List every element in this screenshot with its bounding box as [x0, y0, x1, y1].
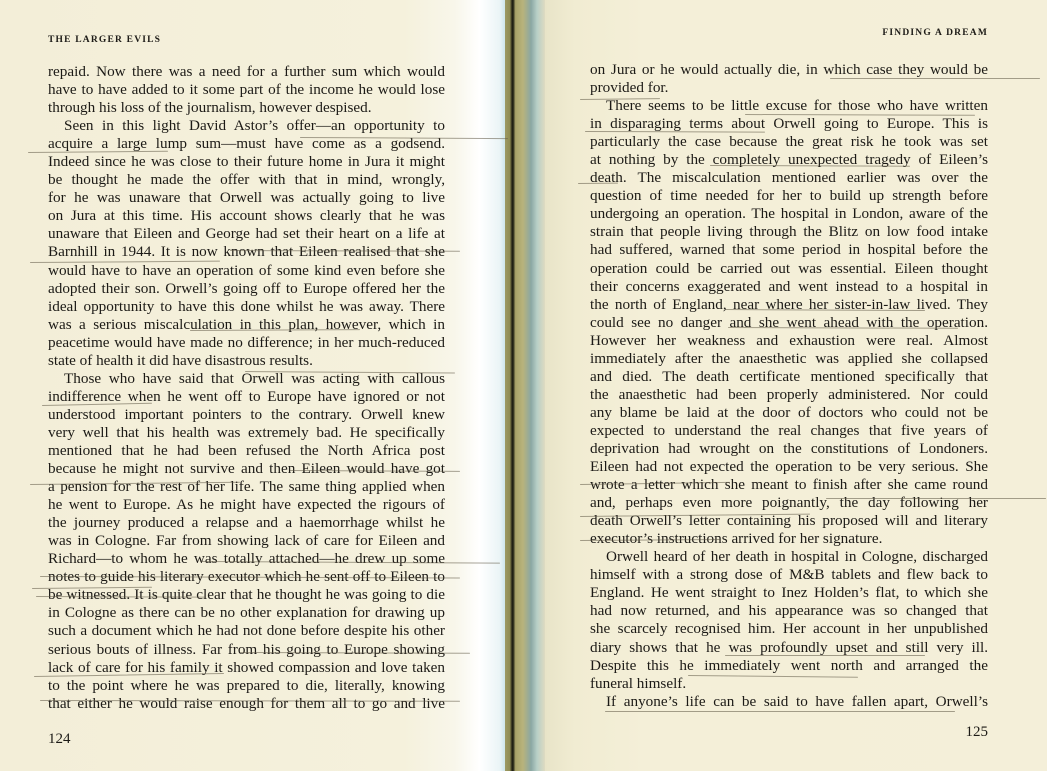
text-line: a pension for the rest of her life. The …	[48, 478, 445, 496]
text-line: repaid. Now there was a need for a furth…	[48, 63, 445, 81]
text-line: funeral himself.	[590, 675, 988, 693]
page-number-left: 124	[48, 731, 71, 748]
text-line: that either he would raise enough for th…	[48, 695, 445, 713]
text-line: on Jura or he would actually die, in whi…	[590, 61, 988, 79]
text-line: and, perhaps even more poignantly, the d…	[590, 494, 988, 512]
text-line: she scarcely recognised him. Her account…	[590, 620, 988, 638]
book-spine-gutter	[505, 0, 545, 771]
pencil-underline-mark	[725, 655, 925, 656]
text-line: expected to understand the real changes …	[590, 422, 988, 440]
pencil-underline-mark	[605, 711, 955, 712]
text-line: to the point where he was prepared to di…	[48, 677, 445, 695]
text-line: himself with a strong dose of M&B tablet…	[590, 566, 988, 584]
text-line: Despite this he immediately went north a…	[590, 657, 988, 675]
text-line: was in Cologne. Far from showing lack of…	[48, 532, 445, 550]
text-line: question of time needed for her to build…	[590, 187, 988, 205]
text-line: Richard—to whom he was totally attached—…	[48, 550, 445, 568]
text-line: on Jura at this time. His account shows …	[48, 207, 445, 225]
text-line: deprivation had wrought on the constitut…	[590, 440, 988, 458]
text-line: ideal opportunity to have this done whil…	[48, 298, 445, 316]
text-line: through his loss of the journalism, howe…	[48, 99, 445, 117]
text-line: unaware that Eileen and George had set t…	[48, 225, 445, 243]
text-line: in Cologne as there can be no other expl…	[48, 604, 445, 622]
text-line: had now returned, and his appearance was…	[590, 602, 988, 620]
text-line: could see no danger and she went ahead w…	[590, 314, 988, 332]
text-line: the anaesthetic had been properly admini…	[590, 386, 988, 404]
page-number-right: 125	[966, 724, 989, 741]
text-line: diary shows that he was profoundly upset…	[590, 639, 988, 657]
text-line: understood important pointers to the con…	[48, 406, 445, 424]
text-line: death. The miscalculation mentioned earl…	[590, 169, 988, 187]
text-line: undergoing an operation. The hospital in…	[590, 205, 988, 223]
text-line: he went to Europe. As he might have expe…	[48, 496, 445, 514]
left-page-body: repaid. Now there was a need for a furth…	[48, 63, 445, 713]
text-line: England. He went straight to Inez Holden…	[590, 584, 988, 602]
text-line: such a document which he had not done be…	[48, 622, 445, 640]
text-line: immediately after the anaesthetic was ap…	[590, 350, 988, 368]
text-line: Eileen had not expected the operation to…	[590, 458, 988, 476]
text-line: Barnhill in 1944. It is now known that E…	[48, 243, 445, 261]
text-line: strain that people living through the Bl…	[590, 223, 988, 241]
text-line: at nothing by the completely unexpected …	[590, 151, 988, 169]
text-line: state of health it did have disastrous r…	[48, 352, 445, 370]
text-line: Seen in this light David Astor’s offer—a…	[48, 117, 445, 135]
text-line: provided for.	[590, 79, 988, 97]
text-line: There seems to be little excuse for thos…	[590, 97, 988, 115]
text-line: the north of England, near where her sis…	[590, 296, 988, 314]
text-line: Orwell heard of her death in hospital in…	[590, 548, 988, 566]
text-line: have to have added to it some part of th…	[48, 81, 445, 99]
text-line: their concerns exaggerated and went inst…	[590, 278, 988, 296]
text-line: Indeed since he was close to their futur…	[48, 153, 445, 171]
pencil-underline-mark	[826, 498, 1046, 499]
text-line: was a serious miscalculation in this pla…	[48, 316, 445, 334]
text-line: particularly the case because the great …	[590, 133, 988, 151]
text-line: However her weakness and exhaustion were…	[590, 332, 988, 350]
running-head-right: FINDING A DREAM	[882, 28, 988, 38]
text-line: for he was unaware that Orwell was actua…	[48, 189, 445, 207]
text-line: serious bouts of illness. Far from his g…	[48, 641, 445, 659]
left-page: THE LARGER EVILS repaid. Now there was a…	[0, 0, 505, 771]
text-line: peacetime would have made no difference;…	[48, 334, 445, 352]
running-head-left: THE LARGER EVILS	[48, 35, 161, 45]
right-page-body: on Jura or he would actually die, in whi…	[590, 61, 988, 711]
text-line: any blame be laid at the door of doctors…	[590, 404, 988, 422]
text-line: If anyone’s life can be said to have fal…	[590, 693, 988, 711]
text-line: operation could be carried out was essen…	[590, 260, 988, 278]
text-line: very well that his health was extremely …	[48, 424, 445, 442]
text-line: adopted their son. Orwell’s going off to…	[48, 280, 445, 298]
text-line: be thought he made the offer with that i…	[48, 171, 445, 189]
text-line: wrote a letter which she meant to finish…	[590, 476, 988, 494]
text-line: and died. The death certificate mentione…	[590, 368, 988, 386]
text-line: because he might not survive and then Ei…	[48, 460, 445, 478]
text-line: the journey produced a relapse and a hae…	[48, 514, 445, 532]
text-line: mentioned that he had been refused the N…	[48, 442, 445, 460]
text-line: had suffered, warned that some period in…	[590, 241, 988, 259]
text-line: would have to have an operation of some …	[48, 262, 445, 280]
pencil-underline-mark	[830, 78, 1040, 79]
